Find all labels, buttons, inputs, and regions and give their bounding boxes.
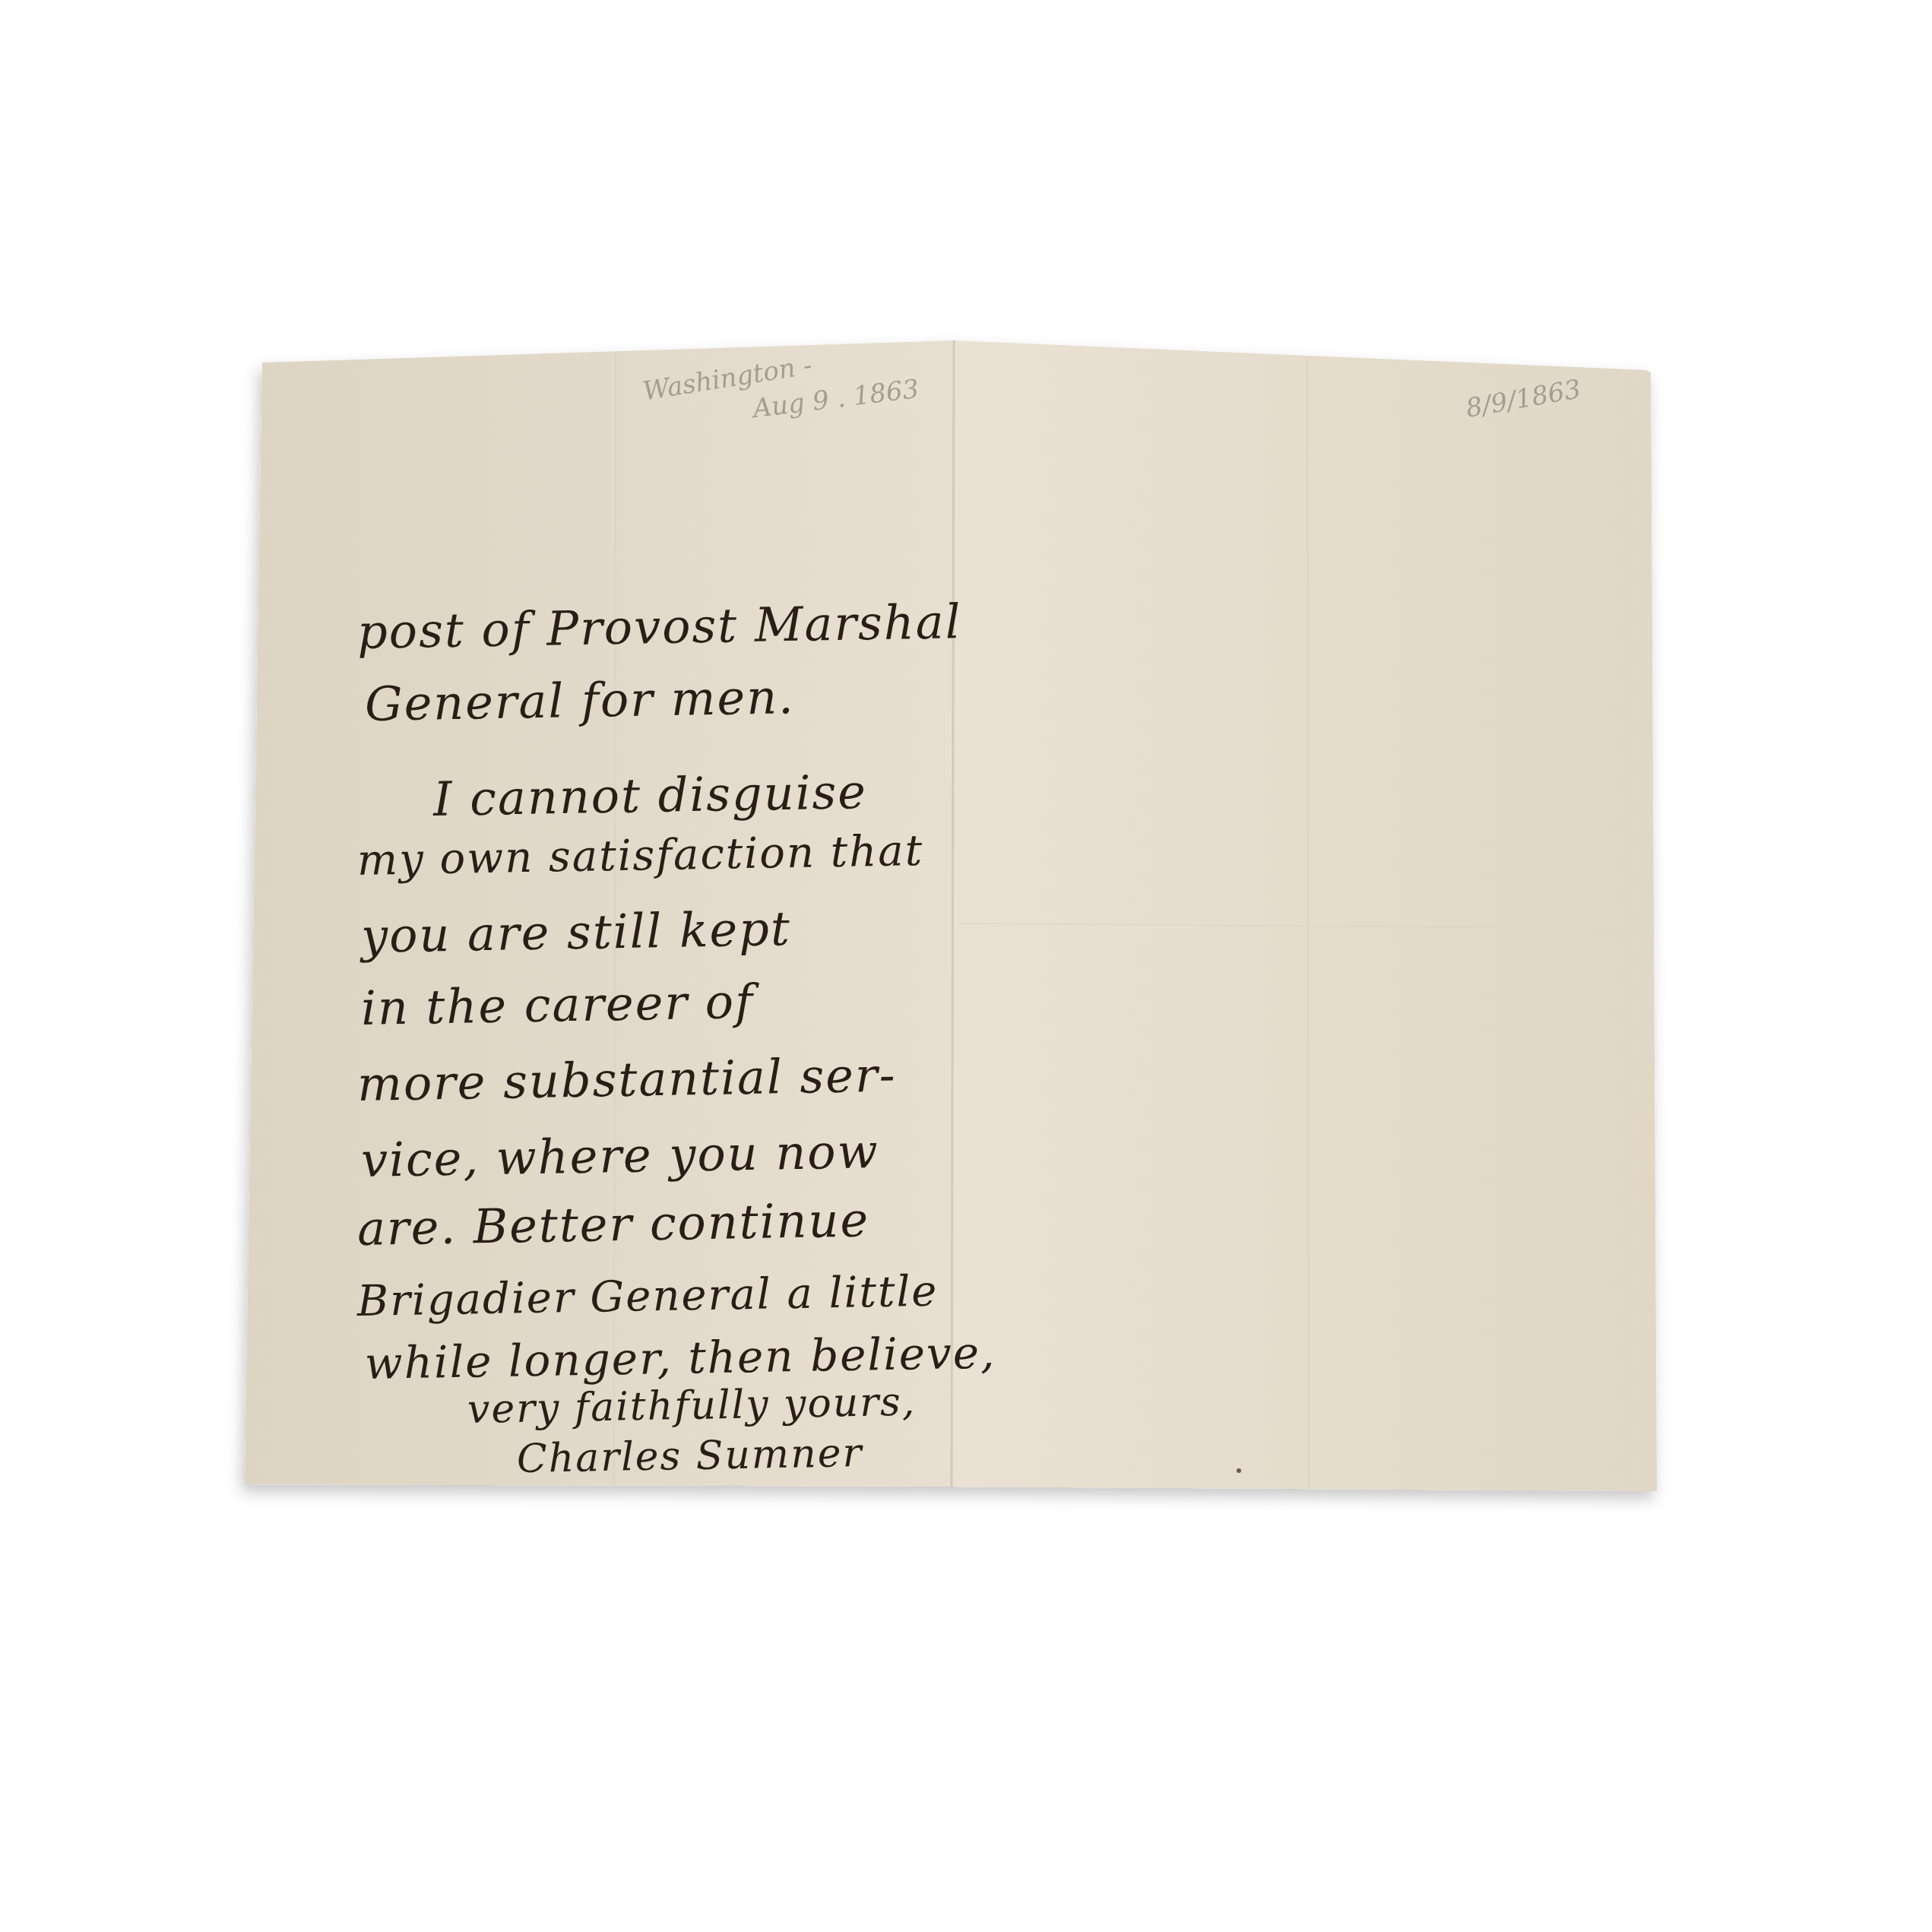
letter-line-4: my own satisfaction that [356,826,923,885]
right-page [952,340,1657,1491]
letter-photo: Washington - Aug 9 . 1863 8/9/1863 post … [0,0,1932,1932]
letter-signature: Charles Sumner [516,1430,863,1482]
paper-spot [1237,1468,1241,1473]
letter-line-7: more substantial ser- [356,1047,897,1112]
paper-sheet [0,0,1932,1932]
letter-line-8: vice, where you now [360,1123,879,1188]
letter-line-3: I cannot disguise [432,764,867,827]
letter-line-2: General for men. [364,669,795,732]
letter-line-9: are. Better continue [356,1192,869,1256]
letter-line-10: Brigadier General a little [356,1267,939,1326]
letter-closing: very faithfully yours, [467,1379,916,1433]
letter-line-1: post of Provost Marshal [356,594,962,660]
letter-line-6: in the career of [360,974,754,1036]
letter-line-5: you are still kept [360,901,791,964]
